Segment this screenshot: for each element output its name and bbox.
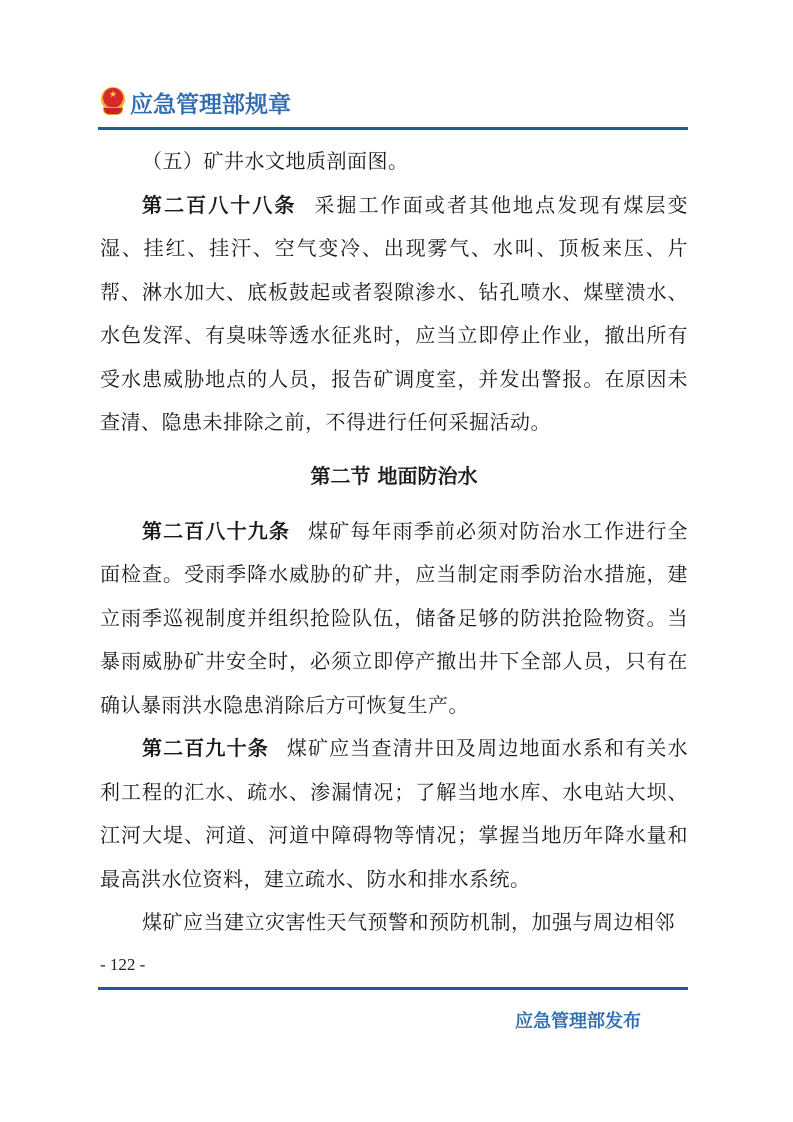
footer-publisher: 应急管理部发布	[515, 1007, 641, 1033]
article-number: 第二百八十八条	[142, 193, 296, 217]
article-289: 第二百八十九条煤矿每年雨季前必须对防治水工作进行全面检查。受雨季降水威胁的矿井，…	[100, 510, 688, 728]
article-text: 采掘工作面或者其他地点发现有煤层变湿、挂红、挂汗、空气变冷、出现雾气、水叫、顶板…	[100, 193, 688, 435]
article-288: 第二百八十八条采掘工作面或者其他地点发现有煤层变湿、挂红、挂汗、空气变冷、出现雾…	[100, 184, 688, 445]
article-290: 第二百九十条煤矿应当查清井田及周边地面水系和有关水利工程的汇水、疏水、渗漏情况；…	[100, 727, 688, 901]
article-number: 第二百八十九条	[142, 519, 290, 543]
national-emblem-icon: ★	[100, 87, 126, 117]
article-text: 煤矿每年雨季前必须对防治水工作进行全面检查。受雨季降水威胁的矿井，应当制定雨季防…	[100, 519, 688, 717]
page-number: - 122 -	[100, 955, 145, 975]
intro-item: （五）矿井水文地质剖面图。	[100, 140, 688, 184]
header-title: 应急管理部规章	[130, 86, 291, 119]
page-header: ★ 应急管理部规章	[100, 84, 291, 120]
document-body: （五）矿井水文地质剖面图。 第二百八十八条采掘工作面或者其他地点发现有煤层变湿、…	[100, 140, 688, 945]
section-title: 第二节 地面防治水	[100, 455, 688, 498]
continuation-paragraph: 煤矿应当建立灾害性天气预警和预防机制，加强与周边相邻	[100, 901, 688, 945]
footer-divider	[98, 987, 688, 990]
header-divider	[98, 127, 688, 130]
article-number: 第二百九十条	[142, 736, 269, 760]
